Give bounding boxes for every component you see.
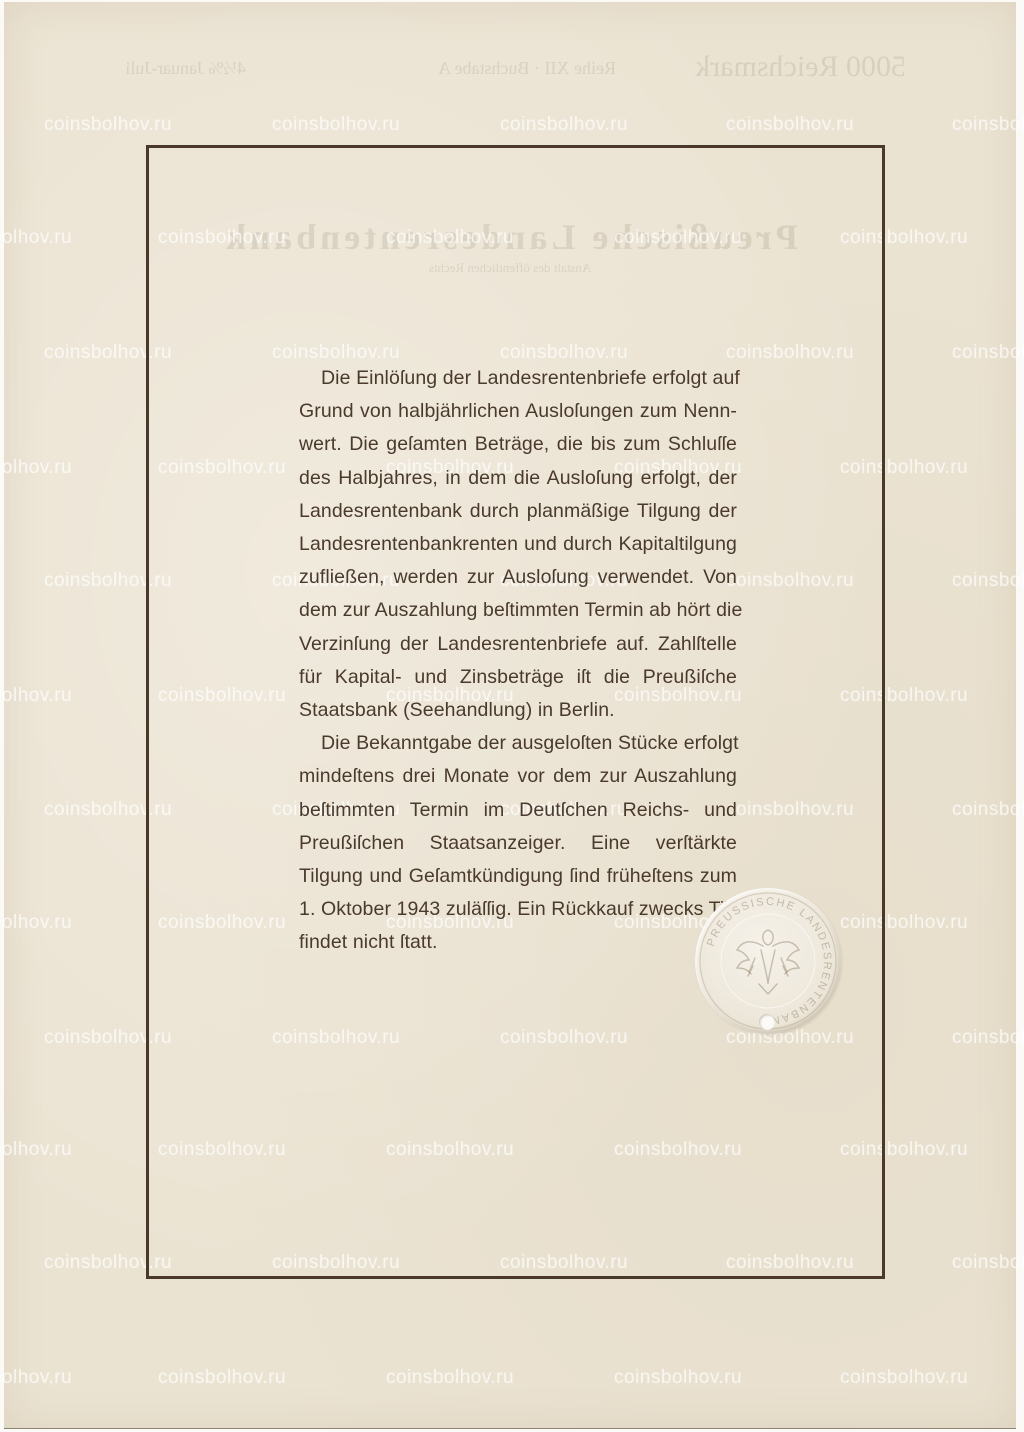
text-line: beſtimmten Termin im Deutſchen Reichs- u… [299,794,737,827]
show-through-series: Reihe XII · Buchstabe A [438,58,616,79]
watermark: coinsbolhov.ru [44,114,172,136]
text-line: Grund von halbjährlichen Ausloſungen zum… [299,395,737,428]
text-line: zufließen, werden zur Ausloſung verwende… [299,561,737,594]
watermark: coinsbolhov.ru [0,912,72,934]
text-line: Landesrentenbankrenten und durch Kapital… [299,528,737,561]
document-paper: 5000 Reichsmark Reihe XII · Buchstabe A … [4,2,1016,1429]
text-line: Landesrentenbank durch planmäßige Tilgun… [299,495,737,528]
punch-hole [759,1014,775,1030]
watermark: coinsbolhov.ru [614,1367,742,1389]
watermark: coinsbolhov.ru [272,114,400,136]
watermark: coinsbolhov.ru [0,685,72,707]
text-line: Verzinſung der Landesrentenbriefe auf. Z… [299,628,737,661]
watermark: coinsbolhov.ru [952,799,1024,821]
text-line: findet nicht ſtatt. [299,926,737,959]
watermark: coinsbolhov.ru [0,1367,72,1389]
watermark: coinsbolhov.ru [952,342,1024,364]
watermark: coinsbolhov.ru [840,1367,968,1389]
text-line: Tilgung und Geſamtkündigung ſind früheſt… [299,860,737,893]
text-line: mindeſtens drei Monate vor dem zur Ausza… [299,760,737,793]
paragraph-redemption: Die Einlöſung der Landesrentenbriefe erf… [299,362,737,727]
text-line: Staatsbank (Seehandlung) in Berlin. [299,694,737,727]
text-line: des Halbjahres, in dem die Ausloſung erf… [299,462,737,495]
show-through-header: 5000 Reichsmark Reihe XII · Buchstabe A … [4,58,1016,98]
watermark: coinsbolhov.ru [0,227,72,249]
watermark: coinsbolhov.ru [500,114,628,136]
watermark: coinsbolhov.ru [0,457,72,479]
embossed-eagle-seal-icon: PREUSSISCHE LANDESRENTENBANK [695,888,841,1034]
watermark: coinsbolhov.ru [0,1139,72,1161]
watermark: coinsbolhov.ru [726,114,854,136]
watermark: coinsbolhov.ru [952,114,1024,136]
watermark: coinsbolhov.ru [952,1252,1024,1274]
text-line: Die Einlöſung der Landesrentenbriefe erf… [299,362,737,395]
terms-text: Die Einlöſung der Landesrentenbriefe erf… [299,362,737,960]
show-through-amount: 5000 Reichsmark [695,50,906,84]
text-line: Die Bekanntgabe der ausgeloſten Stücke e… [299,727,737,760]
text-line: 1. Oktober 1943 zuläſſig. Ein Rückkauf z… [299,893,737,926]
text-line: wert. Die geſamten Beträge, die bis zum … [299,428,737,461]
text-line: dem zur Auszahlung beſtimmten Termin ab … [299,594,737,627]
watermark: coinsbolhov.ru [952,570,1024,592]
text-line: für Kapital- und Zinsbeträge iſt die Pre… [299,661,737,694]
watermark: coinsbolhov.ru [158,1367,286,1389]
watermark: coinsbolhov.ru [952,1027,1024,1049]
svg-text:PREUSSISCHE LANDESRENTENBANK: PREUSSISCHE LANDESRENTENBANK [705,896,833,1026]
show-through-interest: 4½% Januar-Juli [125,58,246,79]
text-line: Preußiſchen Staatsanzeiger. Eine verſtär… [299,827,737,860]
watermark: coinsbolhov.ru [386,1367,514,1389]
paragraph-announcement: Die Bekanntgabe der ausgeloſten Stücke e… [299,727,737,959]
